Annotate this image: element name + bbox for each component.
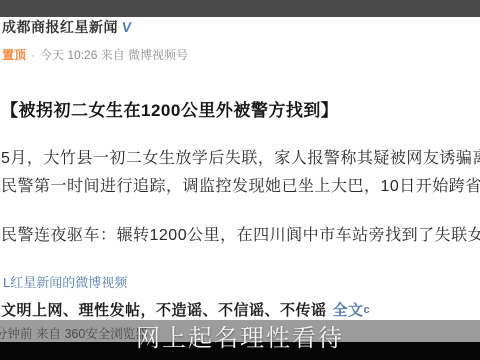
timestamp-source: 今天 10:26 来自 微博视频号 [40,46,188,63]
username[interactable]: 成都商报红星新闻 [2,17,118,37]
verified-badge-icon: V [121,20,132,34]
post-text-line-3: 民警第一时间进行追踪，调监控发现她已坐上大巴，10日开始跨省寻找 [1,173,480,196]
post-text-line-6: 文明上网、理性发帖，不造谣、不信谣、不传谣全文c [1,299,370,320]
video-link[interactable]: L红星新闻的微博视频 [3,272,127,291]
expand-full-text-link[interactable]: 全文c [333,302,371,319]
post-text-line-2: 5月，大竹县一初二女生放学后失联，家人报警称其疑被网友诱骗离家 [1,145,480,168]
top-letterbox-bar [0,0,480,17]
post-title: 【被拐初二女生在1200公里外被警方找到】 [1,96,338,121]
post-meta: 置顶 · 今天 10:26 来自 微博视频号 [2,46,188,63]
post-text-line-6-text: 文明上网、理性发帖，不造谣、不信谣、不传谣 [1,302,327,319]
pinned-tag: 置顶 [2,46,26,63]
expand-arrow-icon: c [364,304,371,316]
post-text-line-4: 民警连夜驱车：辗转1200公里，在四川阆中市车站旁找到了失联女生 [1,222,480,245]
video-frame: 成都商报红星新闻 V 置顶 · 今天 10:26 来自 微博视频号 【被拐初二女… [0,0,480,360]
post-header: 成都商报红星新闻 V [2,19,131,35]
meta-separator: · [31,48,35,62]
video-subtitle-caption: 网上起名理性看待 [0,318,480,353]
